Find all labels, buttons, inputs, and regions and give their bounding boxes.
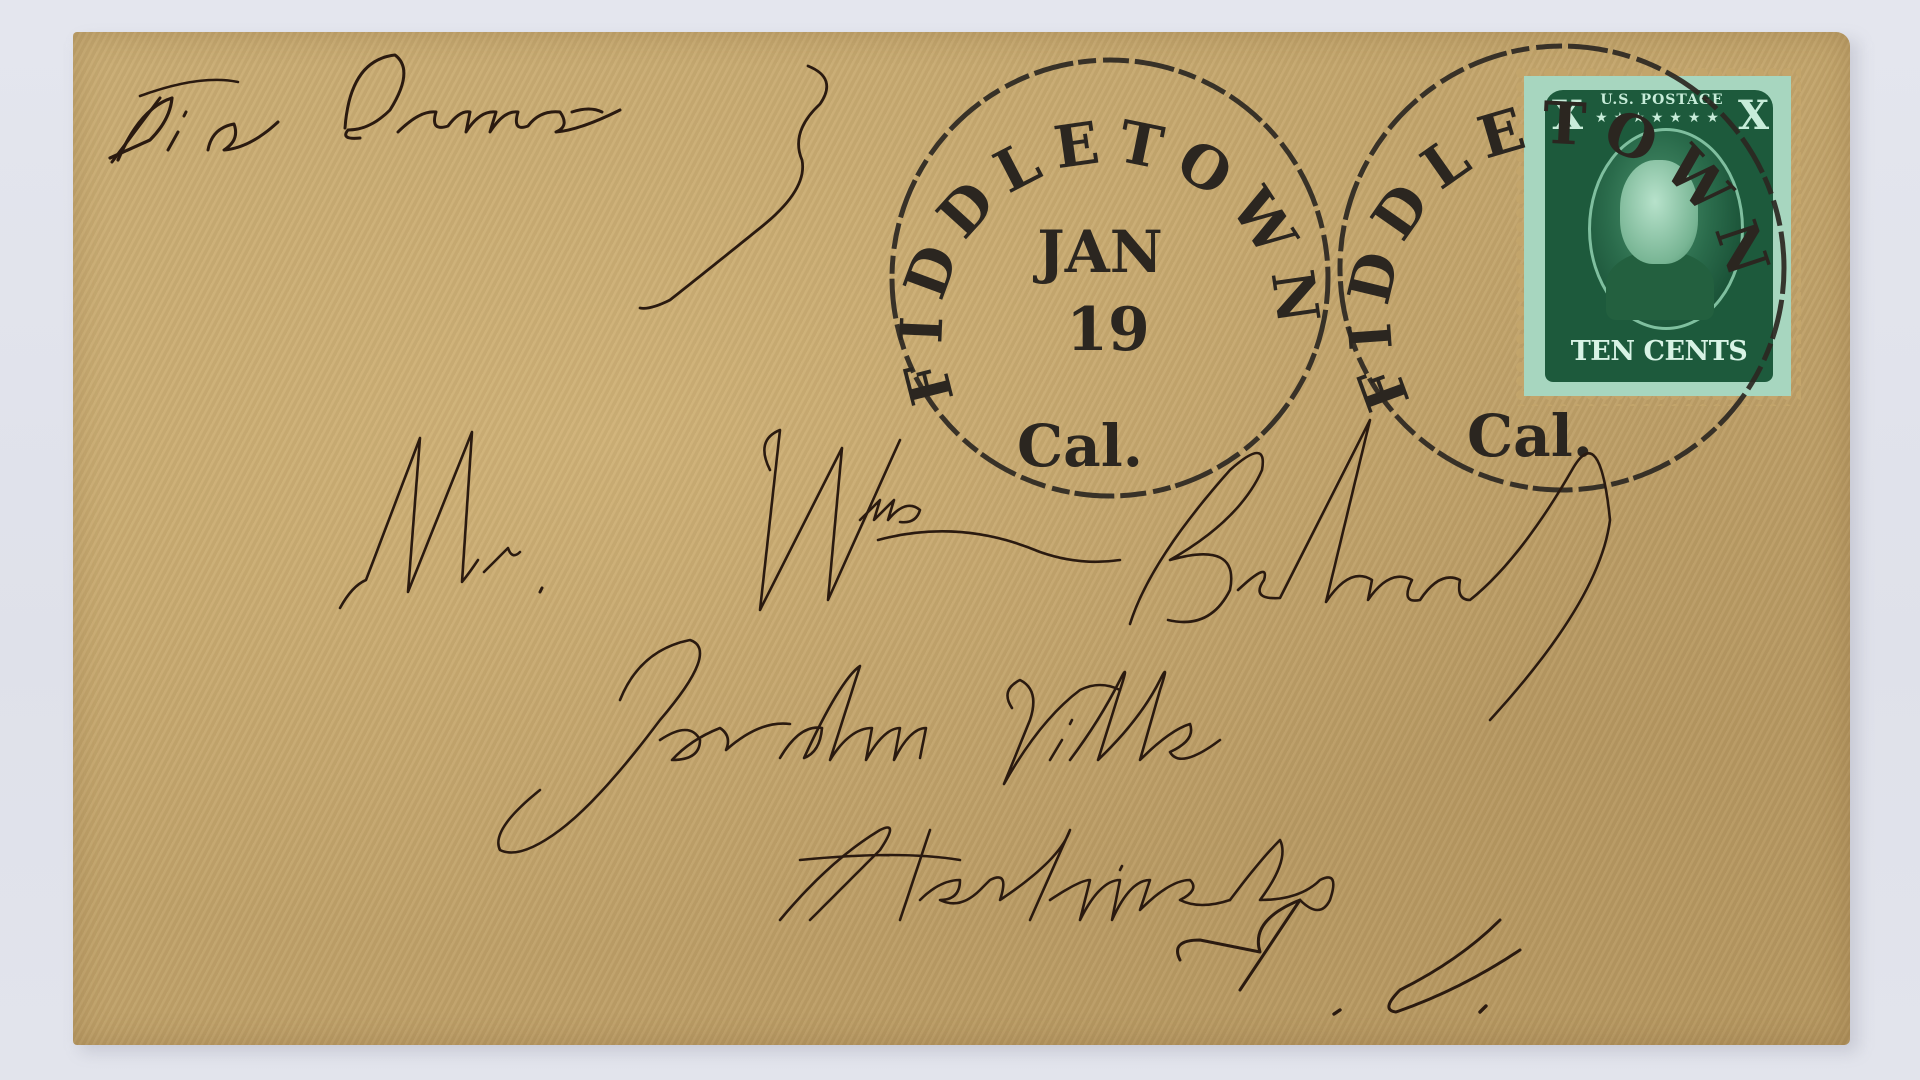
postmark-2-state: Cal.	[1467, 402, 1593, 470]
postmark-2-town: FIDDLETOWN	[1335, 89, 1787, 420]
postmark-1-state: Cal.	[1017, 412, 1143, 480]
postmark-1-day: 19	[1066, 295, 1150, 365]
ink-layer: FIDDLETOWN JAN 19 Cal. FIDDLETOWN Cal.	[0, 0, 1920, 1080]
address-handwriting	[340, 420, 1610, 1014]
postmark-1-month: JAN	[1032, 218, 1162, 286]
postmark-1: FIDDLETOWN JAN 19 Cal.	[887, 60, 1334, 496]
routing-note-handwriting	[110, 55, 827, 308]
postmark-2: FIDDLETOWN Cal.	[1335, 46, 1787, 490]
